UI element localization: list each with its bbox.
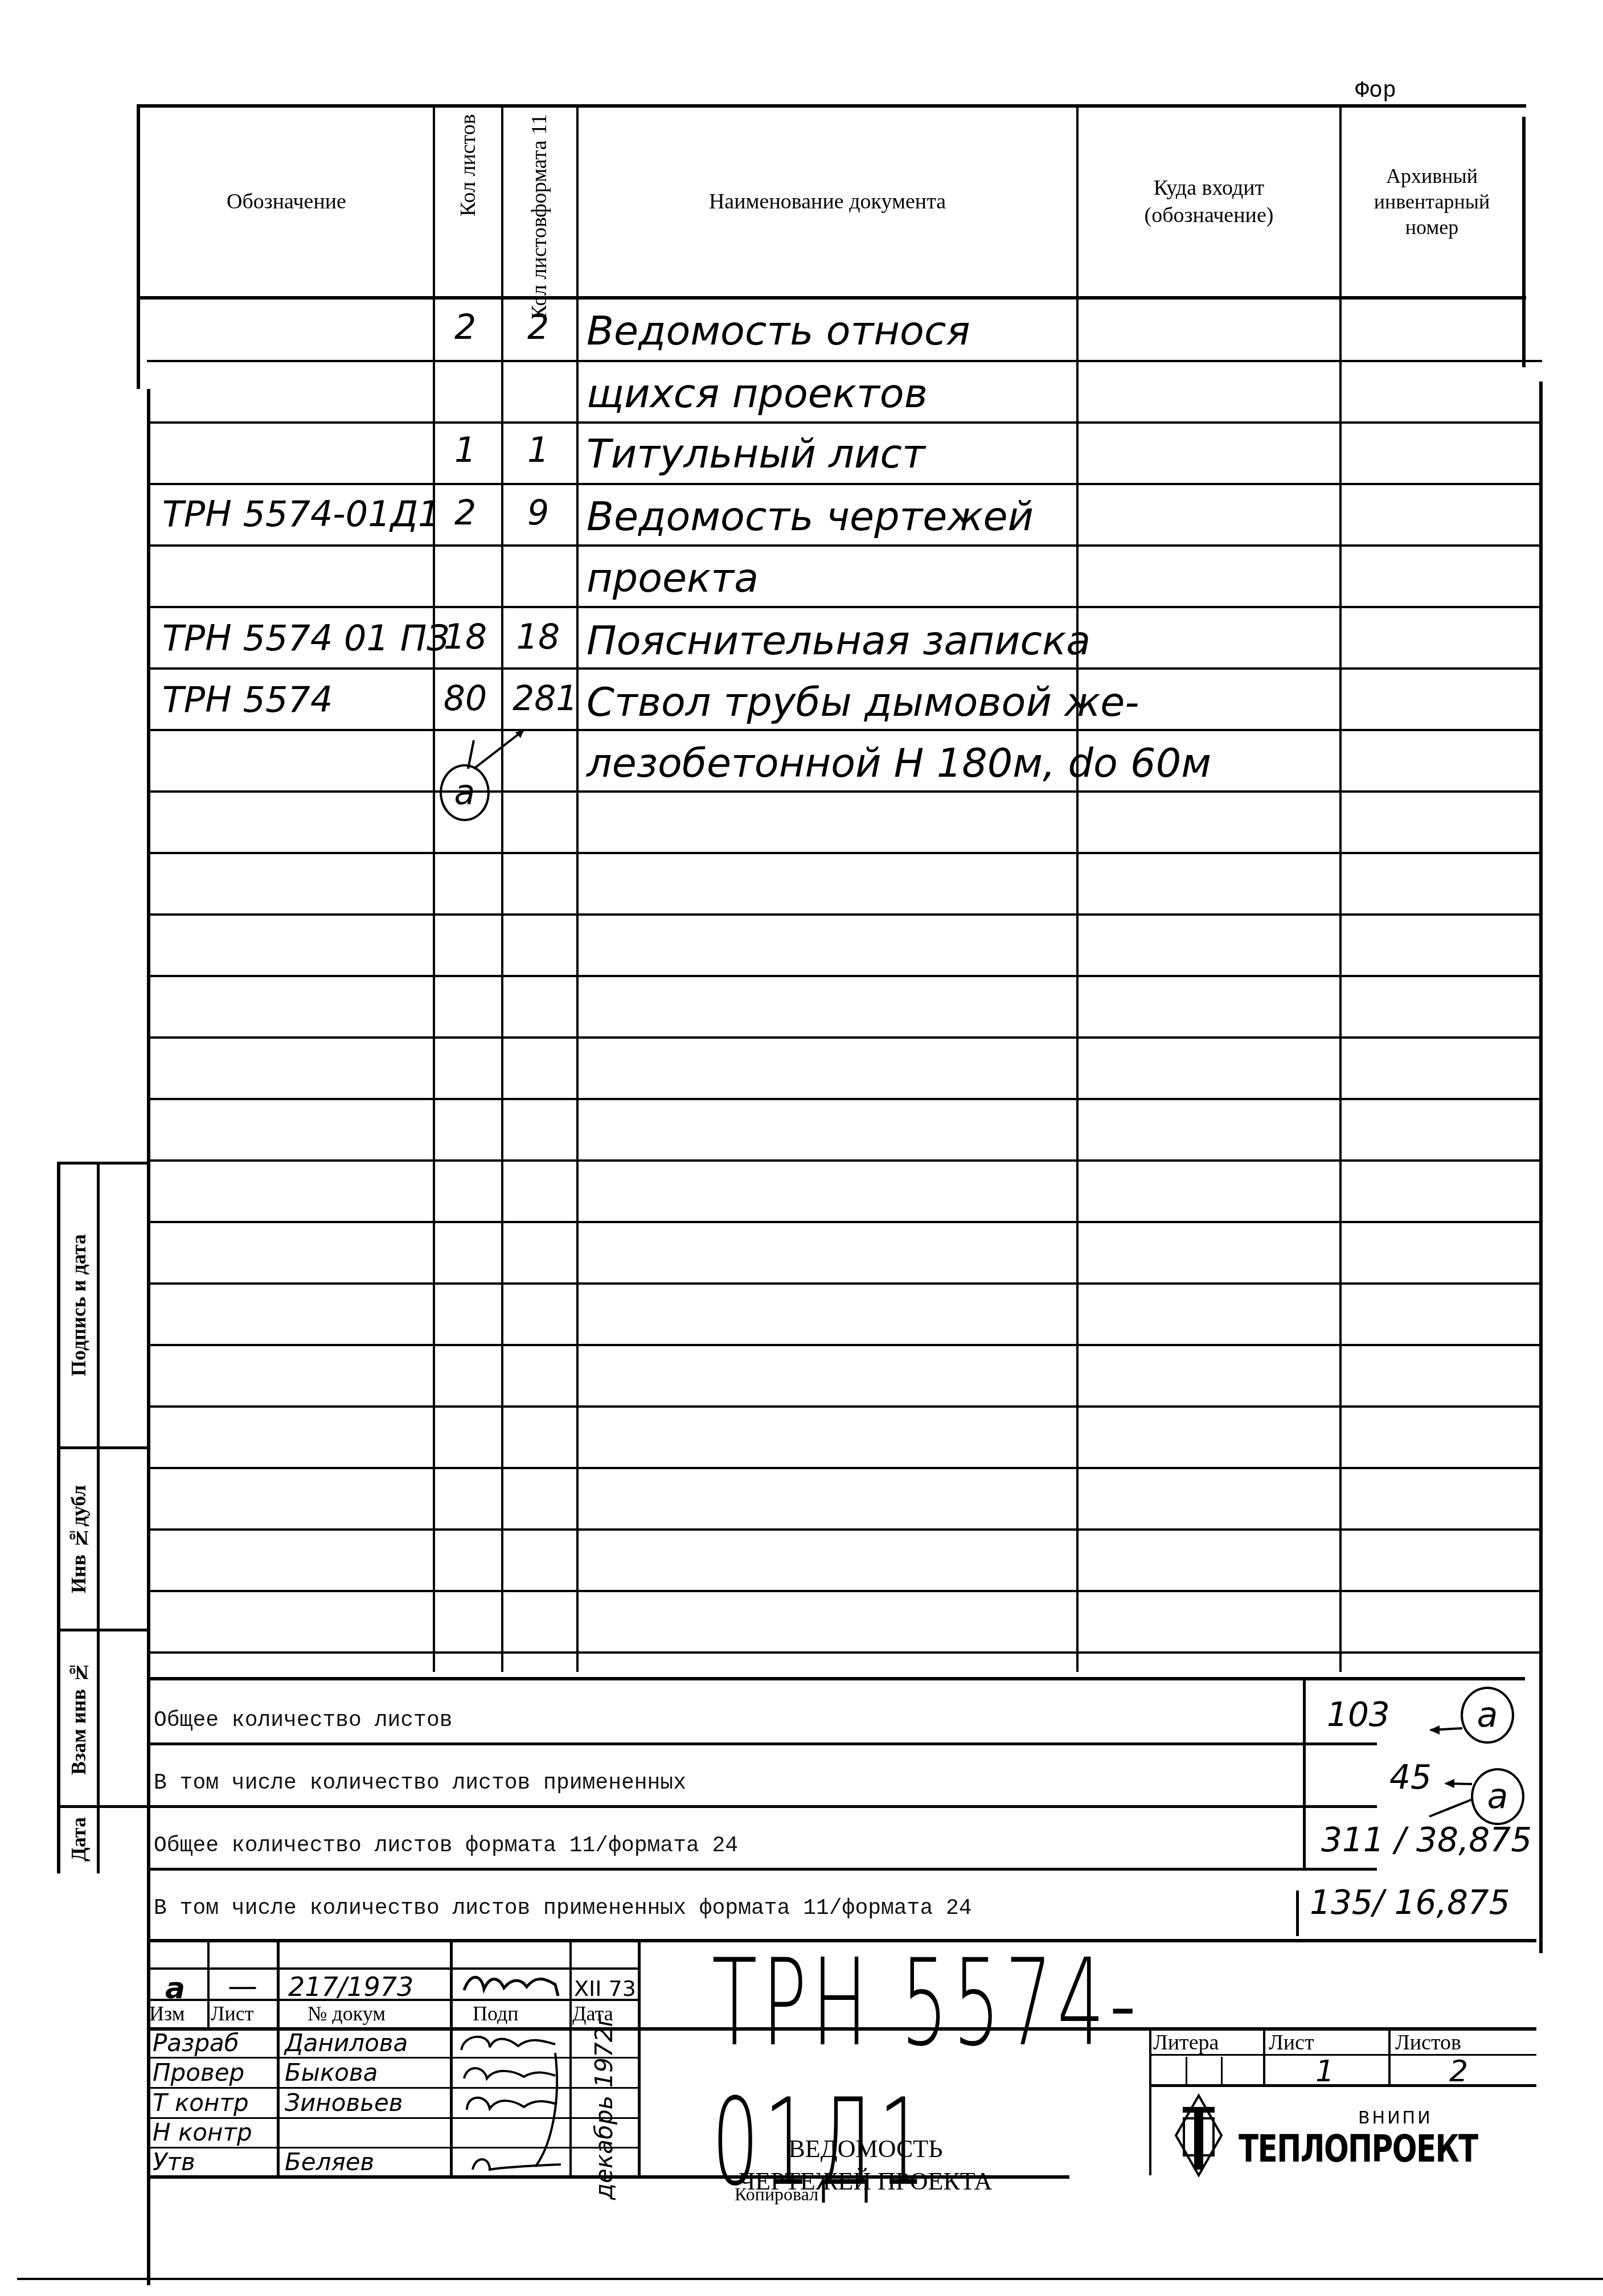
- header-where-included: Куда входит (обозначение): [1079, 108, 1339, 296]
- row-separator: [147, 852, 1542, 854]
- header-archive-line1: Архивный: [1386, 163, 1478, 189]
- copy-note: Копировал: [735, 2184, 818, 2205]
- header-doc-name: Наименование документа: [579, 108, 1076, 296]
- role-person-name: Данилова: [285, 2029, 408, 2057]
- row-separator: [147, 1282, 1542, 1285]
- row-sheets: 2: [440, 493, 491, 533]
- corner-mark: Фор: [1355, 79, 1396, 104]
- role-label: Н контр: [153, 2118, 252, 2146]
- row-separator: [147, 1344, 1542, 1346]
- litera-label: Литера: [1153, 2030, 1219, 2055]
- change-doc-no: 217/1973: [288, 1971, 413, 2002]
- header-sheets-format11: Кол листов формата 11: [503, 114, 576, 290]
- header-where-line2: (обозначение): [1145, 202, 1274, 229]
- role-label: Провер: [153, 2059, 244, 2086]
- change-signature: [458, 1967, 567, 2002]
- label-izm: Изм: [149, 2002, 185, 2026]
- change-list: —: [228, 1969, 257, 2003]
- role-person-name: Быкова: [285, 2059, 378, 2086]
- row-separator: [147, 483, 1542, 485]
- row-separator: [147, 544, 1542, 547]
- sheet-value: 1: [1315, 2055, 1334, 2089]
- document-title-line1: ВЕДОМОСТЬ: [649, 2133, 1082, 2165]
- row-separator: [147, 975, 1542, 977]
- role-person-name: Беляев: [285, 2148, 374, 2176]
- role-label: Разраб: [153, 2029, 239, 2057]
- role-label: Т контр: [153, 2089, 249, 2117]
- row-separator: [147, 1528, 1542, 1531]
- stamp-interchange-inv-text: Взам инв №: [67, 1662, 91, 1776]
- header-archive-line3: номер: [1405, 215, 1458, 240]
- header-archive-line2: инвентарный: [1374, 189, 1490, 215]
- stamp-date-text: Дата: [67, 1817, 91, 1862]
- row-separator: [147, 667, 1542, 670]
- row-separator: [147, 1590, 1542, 1592]
- teploproekt-logo-icon: [1165, 2093, 1233, 2178]
- sheets-value: 2: [1449, 2055, 1468, 2089]
- summary-arrows: [1395, 1720, 1481, 1822]
- row-doc-name: проекта: [587, 555, 759, 601]
- header-designation: Обозначение: [140, 108, 433, 296]
- row-doc-name: Ведомость относя: [587, 307, 970, 354]
- row-separator: [147, 1221, 1542, 1223]
- row-doc-name: лезобетонной Н 180м, do 60м: [587, 740, 1211, 786]
- row-separator: [147, 1405, 1542, 1408]
- change-izm: a: [165, 1971, 185, 2006]
- row-designation: ТРН 5574-01Д1: [162, 493, 441, 535]
- label-list: Лист: [211, 2002, 253, 2026]
- stamp-date: Дата: [60, 1808, 97, 1871]
- summary-value: 103: [1327, 1695, 1390, 1734]
- stamp-interchange-inv: Взам инв №: [60, 1631, 97, 1805]
- row-doc-name: Ведомость чертежей: [587, 493, 1034, 540]
- header-where-line1: Куда входит: [1154, 175, 1264, 202]
- stamp-signature-date-text: Подпись и дата: [67, 1235, 91, 1377]
- change-date: XII 73: [574, 1976, 636, 2001]
- summary-label: Общее количество листов формата 11/форма…: [154, 1834, 738, 1858]
- summary-mark-2-text: a: [1487, 1777, 1508, 1817]
- row-separator: [147, 790, 1542, 793]
- row-sheets-format11: 18: [513, 617, 564, 657]
- stamp-inv-dupl: Инв №дубл: [60, 1449, 97, 1629]
- row-doc-name: Пояснительная записка: [587, 617, 1090, 664]
- header-designation-text: Обозначение: [227, 188, 346, 216]
- summary-value: 311 / 38,875: [1321, 1821, 1532, 1859]
- header-sheets-count-text: Кол листов: [456, 114, 481, 216]
- org-small-name: ВНИПИ: [1358, 2108, 1433, 2128]
- row-doc-name: Ствол трубы дымовой же-: [587, 679, 1139, 725]
- row-sheets: 18: [440, 617, 491, 657]
- header-sheets-f11-line2: формата 11: [528, 114, 552, 218]
- row-designation: ТРН 5574 01 ПЗ: [162, 617, 449, 659]
- row-sheets: 2: [440, 307, 491, 347]
- row-separator: [147, 729, 1542, 731]
- revision-arrows: [444, 723, 558, 792]
- sheet-label: Лист: [1269, 2030, 1314, 2055]
- row-doc-name: щихся проектов: [587, 370, 928, 417]
- stamp-signature-date: Подпись и дата: [60, 1165, 97, 1446]
- summary-label: В том числе количество листов примененны…: [154, 1771, 686, 1795]
- summary-label: Общее количество листов: [154, 1708, 453, 1733]
- row-separator: [147, 1467, 1542, 1469]
- document-title-line2: ЧЕРТЕЖЕЙ ПРОЕКТА: [649, 2165, 1082, 2197]
- row-separator: [147, 913, 1542, 916]
- sheets-label: Листов: [1395, 2030, 1461, 2055]
- row-separator: [147, 606, 1542, 608]
- approval-date-vertical: декабрь 1972г: [575, 2039, 632, 2175]
- row-designation: ТРН 5574: [162, 679, 333, 720]
- row-sheets-format11: 1: [513, 430, 564, 470]
- header-sheets-f11-line1: Кол листов: [528, 218, 552, 320]
- summary-label: В том числе количество листов примененны…: [154, 1896, 972, 1921]
- row-sheets: 80: [440, 679, 491, 719]
- summary-value: 135/ 16,875: [1310, 1883, 1510, 1922]
- header-doc-name-text: Наименование документа: [709, 188, 946, 216]
- header-sheets-count: Кол листов: [435, 114, 501, 290]
- row-separator: [147, 1651, 1542, 1654]
- label-sign: Подп: [473, 2002, 519, 2026]
- header-archive-number: Архивный инвентарный номер: [1342, 108, 1522, 296]
- role-label: Утв: [153, 2148, 195, 2176]
- row-doc-name: Титульный лист: [587, 430, 925, 477]
- page-bottom-edge: [17, 2278, 1603, 2280]
- role-person-name: Зиновьев: [285, 2089, 403, 2117]
- row-separator: [147, 1036, 1542, 1039]
- role-signatures: [456, 2030, 569, 2175]
- document-title: ВЕДОМОСТЬ ЧЕРТЕЖЕЙ ПРОЕКТА: [649, 2133, 1082, 2197]
- org-name: ТЕПЛОПРОЕКТ: [1239, 2127, 1478, 2171]
- row-sheets-format11: 2: [513, 307, 564, 347]
- label-doc-no: № докум: [308, 2002, 386, 2026]
- stamp-inv-dupl-text: Инв №дубл: [67, 1485, 91, 1593]
- row-separator: [147, 1159, 1542, 1162]
- row-separator: [147, 421, 1542, 424]
- row-sheets-format11: 281: [513, 679, 564, 719]
- row-sheets-format11: 9: [513, 493, 564, 533]
- row-separator: [147, 360, 1542, 362]
- row-sheets: 1: [440, 430, 491, 470]
- row-separator: [147, 1098, 1542, 1100]
